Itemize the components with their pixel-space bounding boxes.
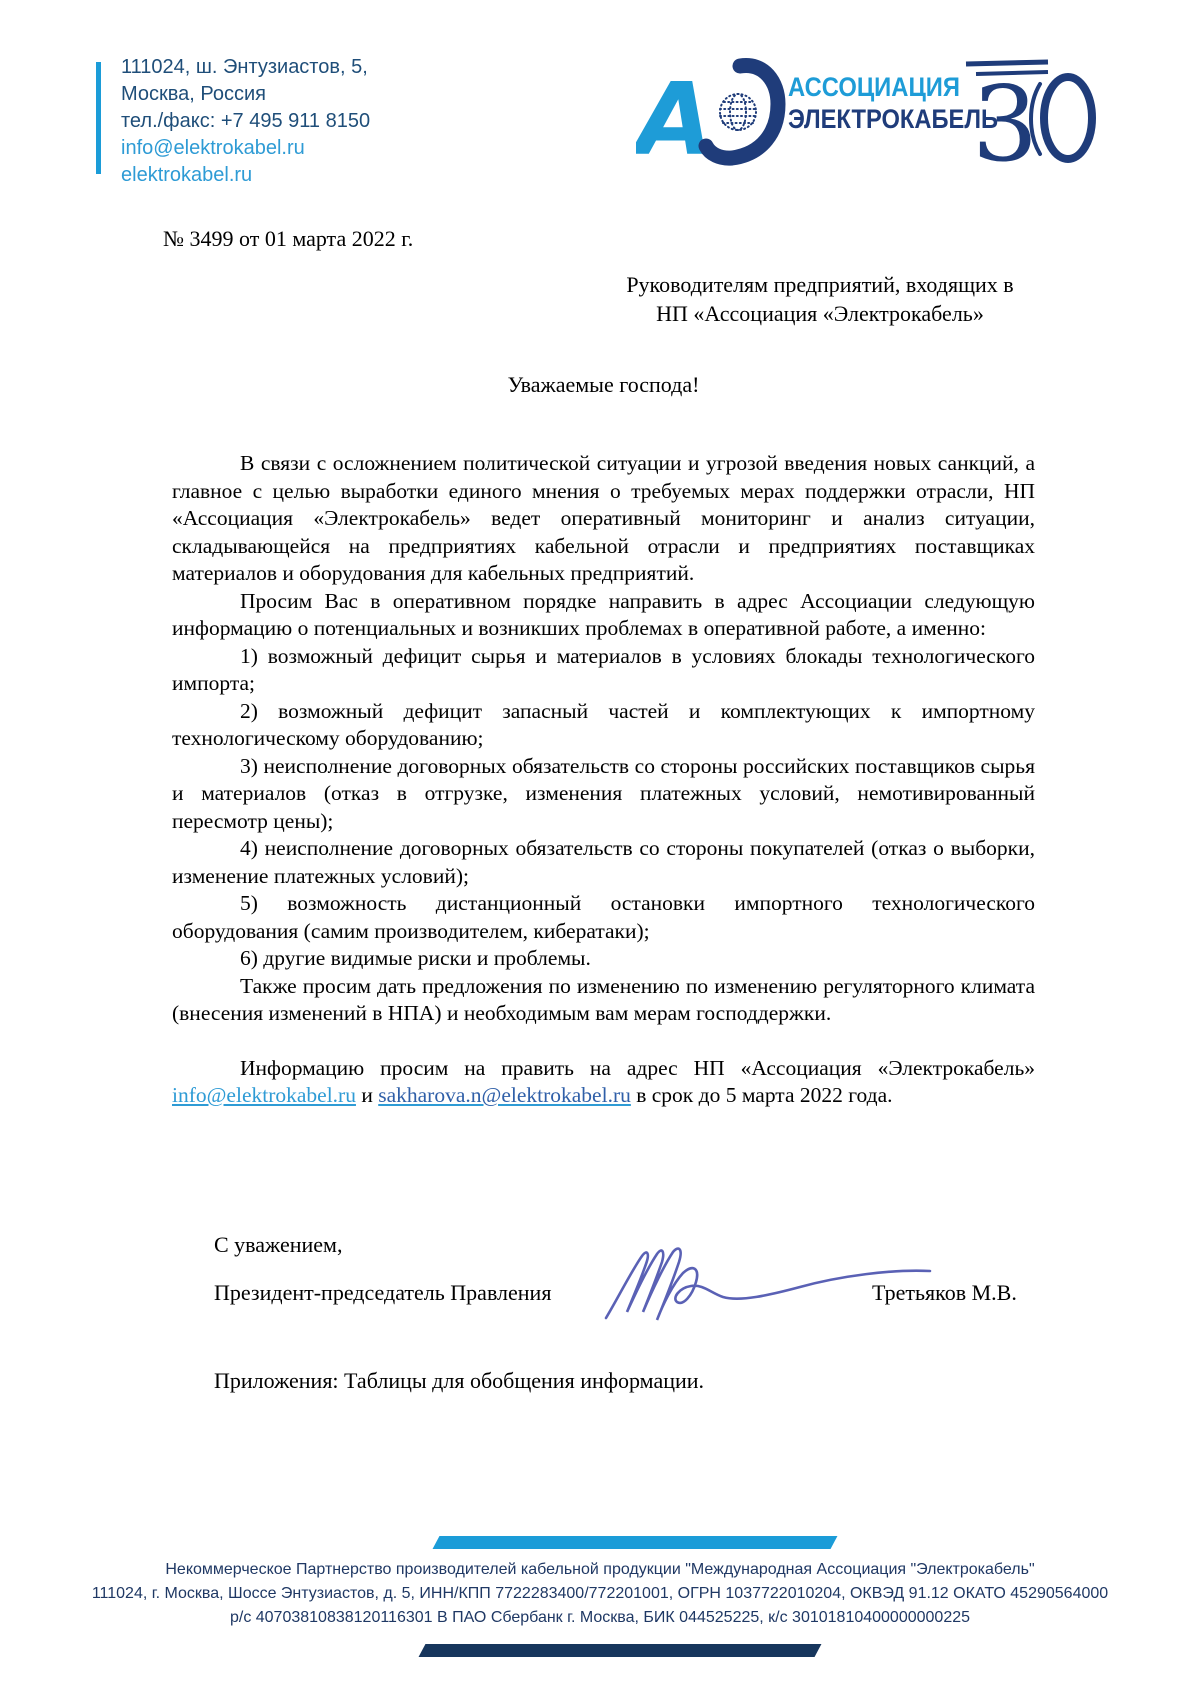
footer-line-3: р/с 40703810838120116301 В ПАО Сбербанк …	[0, 1606, 1200, 1630]
footer-requisites: Некоммерческое Партнерство производителе…	[0, 1558, 1200, 1630]
accent-vertical-bar	[96, 62, 101, 174]
company-logo: А АССОЦИАЦИЯ ЭЛЕКТРОКАБЕЛЬ	[636, 56, 1096, 170]
footer-line-1: Некоммерческое Партнерство производителе…	[0, 1558, 1200, 1582]
email-link-info[interactable]: info@elektrokabel.ru	[172, 1083, 356, 1107]
footer-accent-bar-top	[433, 1536, 838, 1549]
logo-text-elektrokabel: ЭЛЕКТРОКАБЕЛЬ	[788, 104, 998, 134]
logo-text-association: АССОЦИАЦИЯ	[788, 72, 960, 102]
svg-text:3: 3	[972, 63, 1038, 170]
addressee-line2: НП «Ассоциация «Электрокабель»	[600, 299, 1040, 328]
contact-text-before: Информацию просим на править на адрес НП…	[240, 1056, 1035, 1080]
list-item-4: 4) неисполнение договорных обязательств …	[172, 835, 1035, 890]
letter-page: 111024, ш. Энтузиастов, 5, Москва, Росси…	[0, 0, 1200, 1696]
signer-name: Третьяков М.В.	[872, 1280, 1017, 1306]
footer-line-2: 111024, г. Москва, Шоссе Энтузиастов, д.…	[0, 1582, 1200, 1606]
list-item-1: 1) возможный дефицит сырья и материалов …	[172, 643, 1035, 698]
attachments-note: Приложения: Таблицы для обобщения информ…	[214, 1368, 704, 1394]
header-website-link[interactable]: elektrokabel.ru	[121, 164, 252, 186]
logo-mark: А	[636, 61, 778, 170]
address-line-phone: тел./факс: +7 495 911 8150	[121, 108, 370, 135]
globe-icon	[720, 94, 756, 130]
paragraph-contact: Информацию просим на править на адрес НП…	[172, 1055, 1035, 1110]
addressee-line1: Руководителям предприятий, входящих в	[600, 270, 1040, 299]
address-line-city: Москва, Россия	[121, 81, 370, 108]
anniversary-30-mark: 3	[966, 62, 1092, 170]
footer-accent-bar-bottom	[419, 1644, 822, 1657]
header-email-link[interactable]: info@elektrokabel.ru	[121, 137, 305, 159]
email-link-sakharova[interactable]: sakharova.n@elektrokabel.ru	[378, 1083, 631, 1107]
svg-text:А: А	[636, 61, 713, 170]
signer-title: Президент-председатель Правления	[214, 1280, 551, 1306]
addressee-block: Руководителям предприятий, входящих в НП…	[600, 270, 1040, 328]
list-item-6: 6) другие видимые риски и проблемы.	[172, 945, 1035, 973]
salutation: Уважаемые господа!	[172, 372, 1035, 398]
list-item-2: 2) возможный дефицит запасный частей и к…	[172, 698, 1035, 753]
paragraph-regulatory: Также просим дать предложения по изменен…	[172, 973, 1035, 1028]
paragraph-request: Просим Вас в оперативном порядке направи…	[172, 588, 1035, 643]
ref-number-line: № 3499 от 01 марта 2022 г.	[163, 226, 413, 252]
address-line-street: 111024, ш. Энтузиастов, 5,	[121, 54, 370, 81]
contact-text-mid: и	[361, 1083, 373, 1107]
paragraph-intro: В связи с осложнением политической ситуа…	[172, 450, 1035, 588]
contact-text-after: в срок до 5 марта 2022 года.	[636, 1083, 892, 1107]
closing-line: С уважением,	[214, 1232, 342, 1258]
header-address-block: 111024, ш. Энтузиастов, 5, Москва, Росси…	[96, 54, 370, 189]
list-item-5: 5) возможность дистанционный остановки и…	[172, 890, 1035, 945]
list-item-3: 3) неисполнение договорных обязательств …	[172, 753, 1035, 836]
letter-body: В связи с осложнением политической ситуа…	[172, 450, 1035, 1110]
